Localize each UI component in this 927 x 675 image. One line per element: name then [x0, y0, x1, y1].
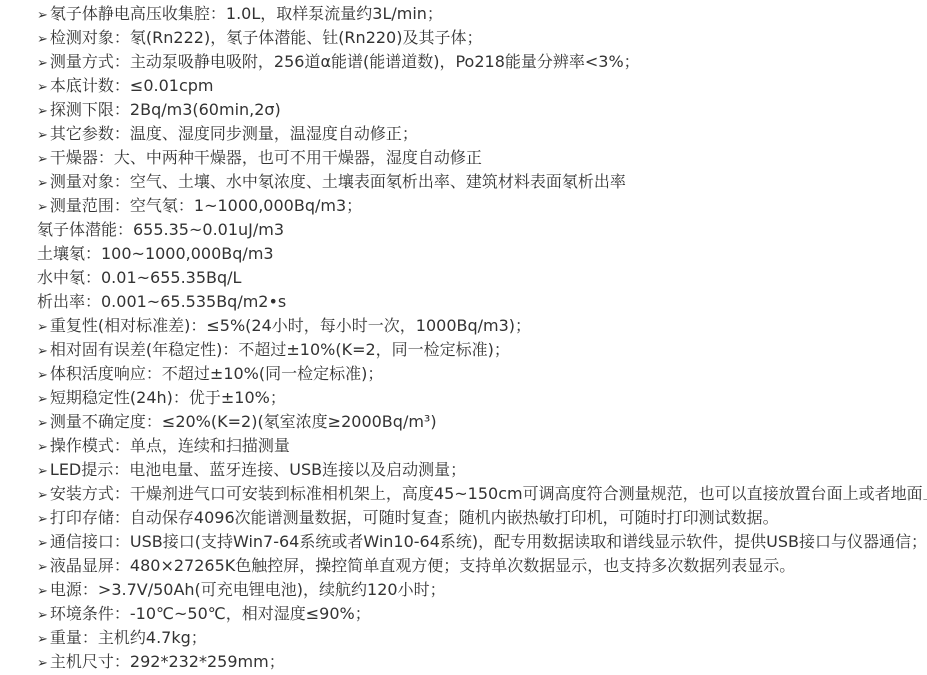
- arrowhead-bullet-icon: ➢: [37, 652, 48, 675]
- spec-line: ➢检测对象：氡(Rn222)，氡子体潜能、钍(Rn220)及其子体；: [37, 26, 919, 50]
- spec-line-text: 液晶显屏：480×27265K色触控屏，操控简单直观方便；支持单次数据显示，也支…: [50, 556, 795, 575]
- spec-line: ➢液晶显屏：480×27265K色触控屏，操控简单直观方便；支持单次数据显示，也…: [37, 554, 919, 578]
- spec-continuation-line: 析出率：0.001~65.535Bq/m2•s: [37, 290, 919, 314]
- spec-line-text: 氡子体潜能：655.35~0.01uJ/m3: [37, 220, 284, 239]
- arrowhead-bullet-icon: ➢: [37, 316, 48, 340]
- spec-line-text: 体积活度响应：不超过±10%(同一检定标准)；: [50, 364, 383, 383]
- spec-line: ➢安装方式：干燥剂进气口可安装到标准相机架上，高度45~150cm可调高度符合测…: [37, 482, 919, 506]
- arrowhead-bullet-icon: ➢: [37, 28, 48, 52]
- arrowhead-bullet-icon: ➢: [37, 532, 48, 556]
- spec-line-text: 探测下限：2Bq/m3(60min,2σ): [50, 100, 281, 119]
- spec-line-text: 操作模式：单点，连续和扫描测量: [50, 436, 290, 455]
- spec-continuation-line: 土壤氡：100~1000,000Bq/m3: [37, 242, 919, 266]
- spec-line: ➢本底计数：≤0.01cpm: [37, 74, 919, 98]
- spec-line: ➢测量对象：空气、土壤、水中氡浓度、土壤表面氡析出率、建筑材料表面氡析出率: [37, 170, 919, 194]
- spec-line-text: 检测对象：氡(Rn222)，氡子体潜能、钍(Rn220)及其子体；: [50, 28, 483, 47]
- spec-line-text: 析出率：0.001~65.535Bq/m2•s: [37, 292, 286, 311]
- spec-line-text: 测量对象：空气、土壤、水中氡浓度、土壤表面氡析出率、建筑材料表面氡析出率: [50, 172, 626, 191]
- arrowhead-bullet-icon: ➢: [37, 364, 48, 388]
- arrowhead-bullet-icon: ➢: [37, 580, 48, 604]
- arrowhead-bullet-icon: ➢: [37, 148, 48, 172]
- spec-line-text: 电源：>3.7V/50Ah(可充电锂电池)，续航约120小时；: [50, 580, 446, 599]
- spec-line: ➢氡子体静电高压收集腔：1.0L，取样泵流量约3L/min；: [37, 2, 919, 26]
- spec-line-text: 环境条件：-10℃~50℃，相对湿度≤90%；: [50, 604, 371, 623]
- arrowhead-bullet-icon: ➢: [37, 412, 48, 436]
- arrowhead-bullet-icon: ➢: [37, 340, 48, 364]
- spec-continuation-line: 水中氡：0.01~655.35Bq/L: [37, 266, 919, 290]
- spec-line: ➢LED提示：电池电量、蓝牙连接、USB连接以及启动测量；: [37, 458, 919, 482]
- arrowhead-bullet-icon: ➢: [37, 172, 48, 196]
- arrowhead-bullet-icon: ➢: [37, 508, 48, 532]
- spec-line: ➢其它参数：温度、湿度同步测量，温湿度自动修正；: [37, 122, 919, 146]
- arrowhead-bullet-icon: ➢: [37, 484, 48, 508]
- spec-list: ➢氡子体静电高压收集腔：1.0L，取样泵流量约3L/min；➢检测对象：氡(Rn…: [0, 0, 927, 674]
- spec-line-text: 相对固有误差(年稳定性)：不超过±10%(K=2，同一检定标准)；: [50, 340, 510, 359]
- spec-line-text: 主机尺寸：292*232*259mm；: [50, 652, 285, 671]
- spec-line-text: 水中氡：0.01~655.35Bq/L: [37, 268, 241, 287]
- spec-line: ➢环境条件：-10℃~50℃，相对湿度≤90%；: [37, 602, 919, 626]
- spec-line: ➢体积活度响应：不超过±10%(同一检定标准)；: [37, 362, 919, 386]
- spec-line-text: 测量不确定度：≤20%(K=2)(氡室浓度≥2000Bq/m³): [50, 412, 437, 431]
- spec-line-text: 氡子体静电高压收集腔：1.0L，取样泵流量约3L/min；: [50, 4, 443, 23]
- arrowhead-bullet-icon: ➢: [37, 100, 48, 124]
- arrowhead-bullet-icon: ➢: [37, 196, 48, 220]
- arrowhead-bullet-icon: ➢: [37, 628, 48, 652]
- spec-line: ➢主机尺寸：292*232*259mm；: [37, 650, 919, 674]
- spec-line: ➢电源：>3.7V/50Ah(可充电锂电池)，续航约120小时；: [37, 578, 919, 602]
- spec-line: ➢相对固有误差(年稳定性)：不超过±10%(K=2，同一检定标准)；: [37, 338, 919, 362]
- spec-line-text: 干燥器：大、中两种干燥器，也可不用干燥器，湿度自动修正: [50, 148, 482, 167]
- spec-line: ➢探测下限：2Bq/m3(60min,2σ): [37, 98, 919, 122]
- arrowhead-bullet-icon: ➢: [37, 52, 48, 76]
- arrowhead-bullet-icon: ➢: [37, 124, 48, 148]
- spec-line-text: 安装方式：干燥剂进气口可安装到标准相机架上，高度45~150cm可调高度符合测量…: [50, 484, 927, 503]
- spec-line: ➢通信接口：USB接口(支持Win7-64系统或者Win10-64系统)，配专用…: [37, 530, 919, 554]
- spec-line-text: 打印存储：自动保存4096次能谱测量数据，可随时复查；随机内嵌热敏打印机，可随时…: [50, 508, 779, 527]
- spec-line: ➢测量方式：主动泵吸静电吸附，256道α能谱(能谱道数)，Po218能量分辨率<…: [37, 50, 919, 74]
- spec-line: ➢测量范围：空气氡：1~1000,000Bq/m3；: [37, 194, 919, 218]
- spec-line: ➢测量不确定度：≤20%(K=2)(氡室浓度≥2000Bq/m³): [37, 410, 919, 434]
- spec-line: ➢干燥器：大、中两种干燥器，也可不用干燥器，湿度自动修正: [37, 146, 919, 170]
- arrowhead-bullet-icon: ➢: [37, 556, 48, 580]
- spec-line-text: 重量：主机约4.7kg；: [50, 628, 207, 647]
- arrowhead-bullet-icon: ➢: [37, 436, 48, 460]
- spec-line: ➢重量：主机约4.7kg；: [37, 626, 919, 650]
- spec-line-text: 测量方式：主动泵吸静电吸附，256道α能谱(能谱道数)，Po218能量分辨率<3…: [50, 52, 640, 71]
- arrowhead-bullet-icon: ➢: [37, 604, 48, 628]
- spec-line-text: LED提示：电池电量、蓝牙连接、USB连接以及启动测量；: [50, 460, 466, 479]
- spec-line: ➢重复性(相对标准差)：≤5%(24小时，每小时一次，1000Bq/m3)；: [37, 314, 919, 338]
- arrowhead-bullet-icon: ➢: [37, 388, 48, 412]
- spec-continuation-line: 氡子体潜能：655.35~0.01uJ/m3: [37, 218, 919, 242]
- spec-line: ➢短期稳定性(24h)：优于±10%；: [37, 386, 919, 410]
- spec-line-text: 通信接口：USB接口(支持Win7-64系统或者Win10-64系统)，配专用数…: [50, 532, 927, 551]
- spec-line-text: 重复性(相对标准差)：≤5%(24小时，每小时一次，1000Bq/m3)；: [50, 316, 531, 335]
- spec-line-text: 土壤氡：100~1000,000Bq/m3: [37, 244, 274, 263]
- arrowhead-bullet-icon: ➢: [37, 460, 48, 484]
- spec-line-text: 短期稳定性(24h)：优于±10%；: [50, 388, 286, 407]
- spec-line: ➢操作模式：单点，连续和扫描测量: [37, 434, 919, 458]
- spec-line: ➢打印存储：自动保存4096次能谱测量数据，可随时复查；随机内嵌热敏打印机，可随…: [37, 506, 919, 530]
- spec-line-text: 测量范围：空气氡：1~1000,000Bq/m3；: [50, 196, 362, 215]
- arrowhead-bullet-icon: ➢: [37, 4, 48, 28]
- arrowhead-bullet-icon: ➢: [37, 76, 48, 100]
- spec-line-text: 其它参数：温度、湿度同步测量，温湿度自动修正；: [50, 124, 418, 143]
- spec-line-text: 本底计数：≤0.01cpm: [50, 76, 214, 95]
